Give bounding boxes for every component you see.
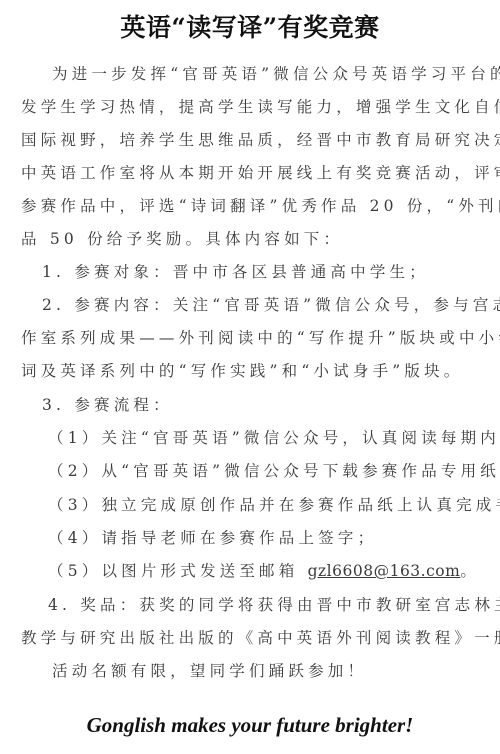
page-title: 英语“读写译”有奖竞赛 [0, 11, 500, 45]
item-content-line: 作室系列成果——外刊阅读中的“写作提升”版块或中小学必备古诗 [21, 327, 481, 349]
intro-line: 参赛作品中，评选“诗词翻译”优秀作品 20 份，“外刊阅读”优秀作 [21, 195, 481, 217]
item-prize-line: 教学与研究出版社出版的《高中英语外刊阅读教程》一册。 [21, 627, 481, 649]
slogan: Gonglish makes your future brighter! [0, 712, 500, 738]
process-step: （1）关注“官哥英语”微信公众号，认真阅读每期内容； [48, 427, 500, 449]
intro-line: 中英语工作室将从本期开始开展线上有奖竞赛活动，评审组将从每期 [21, 162, 481, 184]
process-step: （2）从“官哥英语”微信公众号下载参赛作品专用纸； [48, 460, 500, 482]
item-process-heading: 3. 参赛流程： [42, 394, 500, 416]
intro-line: 国际视野，培养学生思维品质，经晋中市教育局研究决定，宫志林高 [21, 129, 481, 151]
process-step: （4）请指导老师在参赛作品上签字； [48, 527, 500, 549]
closing-text: 活动名额有限，望同学们踊跃参加！ [52, 660, 500, 682]
intro-line: 为进一步发挥“官哥英语”微信公众号英语学习平台的作用，激 [52, 63, 500, 85]
step5-prefix: （5）以图片形式发送至邮箱 [48, 562, 308, 580]
item-prize-line: 4. 奖品：获奖的同学将获得由晋中市教研室宫志林主编、外语 [48, 594, 500, 616]
process-step: （3）独立完成原创作品并在参赛作品纸上认真完成手写版； [48, 494, 500, 516]
process-step-email: （5）以图片形式发送至邮箱 gzl6608@163.com。 [48, 560, 500, 582]
step5-suffix: 。 [460, 562, 480, 580]
item-content-line: 词及英译系列中的“写作实践”和“小试身手”版块。 [21, 360, 481, 382]
item-participants: 1. 参赛对象：晋中市各区县普通高中学生； [42, 261, 500, 283]
intro-line: 品 50 份给予奖励。具体内容如下： [21, 228, 481, 250]
item-content-line: 2. 参赛内容：关注“官哥英语”微信公众号，参与宫志林英语工 [42, 294, 500, 316]
intro-line: 发学生学习热情，提高学生读写能力，增强学生文化自信，拓展学生 [21, 96, 481, 118]
email-link[interactable]: gzl6608@163.com [308, 562, 461, 580]
